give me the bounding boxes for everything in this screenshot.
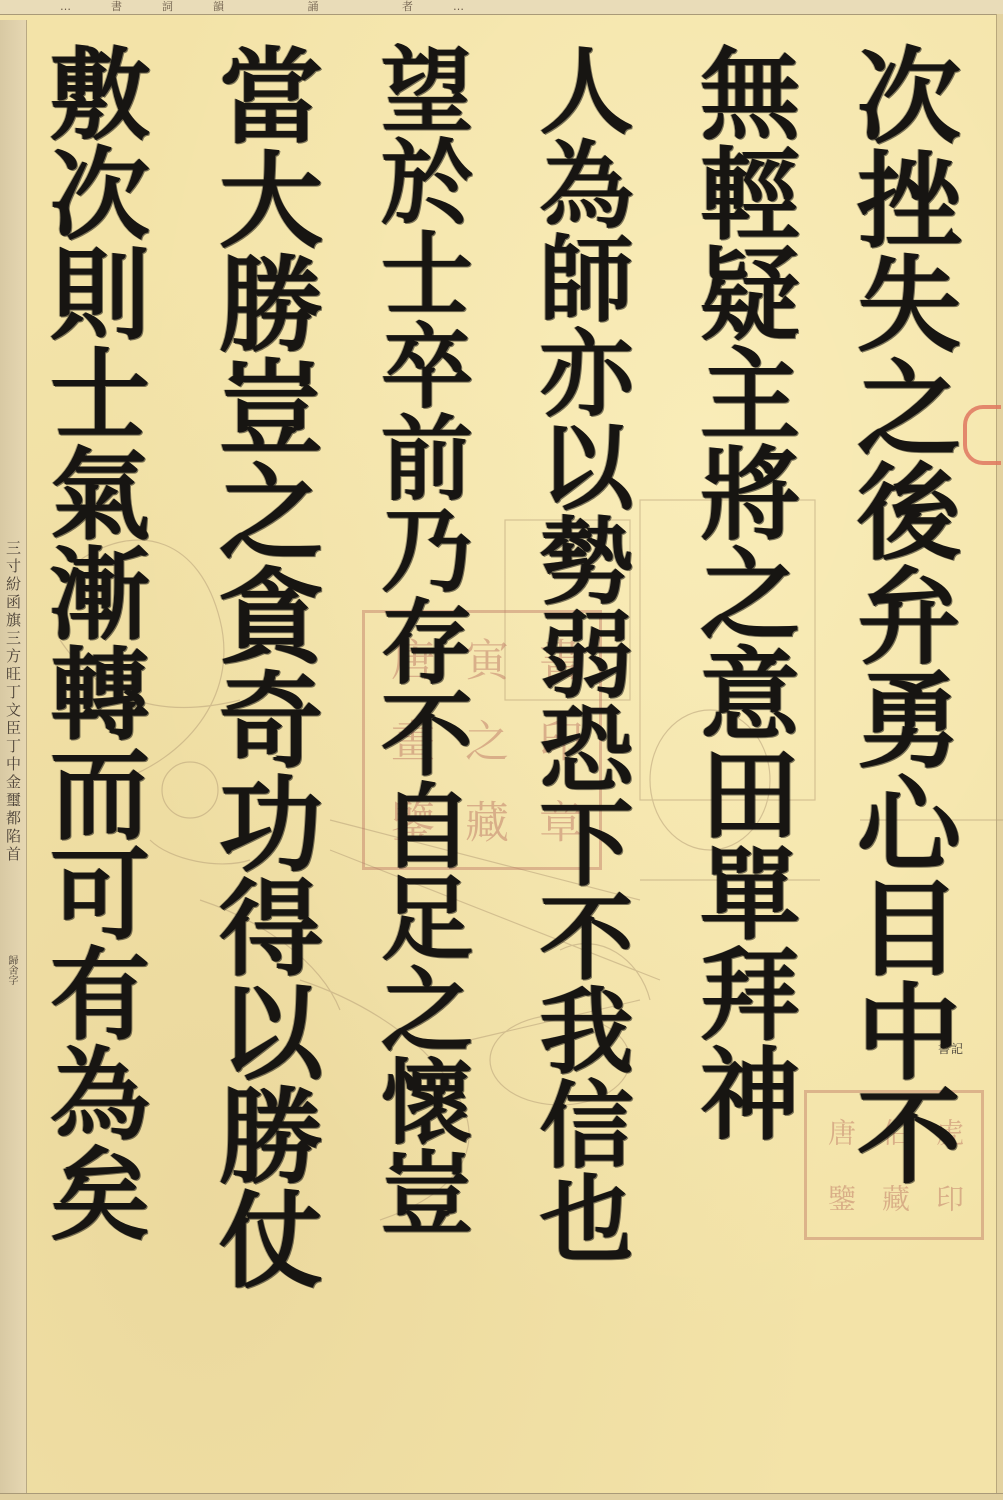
calligraphy-column-1: 次挫失之後弁勇心目中不	[830, 42, 970, 1186]
calligraphy-column-4: 望於士卒前乃存不自足之懷豈	[350, 42, 490, 1238]
top-printed-strip: …書詞韻 誦 者…	[0, 0, 1003, 15]
calligraphy-column-6: 敷次則士氣漸轉而可有為矣	[22, 42, 162, 1242]
right-paper-edge	[996, 14, 1003, 1500]
bottom-paper-edge	[0, 1493, 1003, 1500]
calligraphy-page: …書詞韻 誦 者… 三寸紛函旗三方旺丁文臣丁中金璽都陷首 歸舍字 唐 寅	[0, 0, 1003, 1500]
left-small-note: 歸舍字	[4, 955, 19, 985]
left-printed-text: 三寸紛函旗三方旺丁文臣丁中金璽都陷首	[2, 540, 24, 864]
calligraphy-column-5: 當大勝豈之貪奇功得以勝仗	[192, 42, 332, 1290]
calligraphy-column-2: 無輕疑主將之意田單拜神	[672, 42, 812, 1142]
calligraphy-column-3: 人為師亦以勢弱恐下不我信也	[508, 42, 648, 1264]
